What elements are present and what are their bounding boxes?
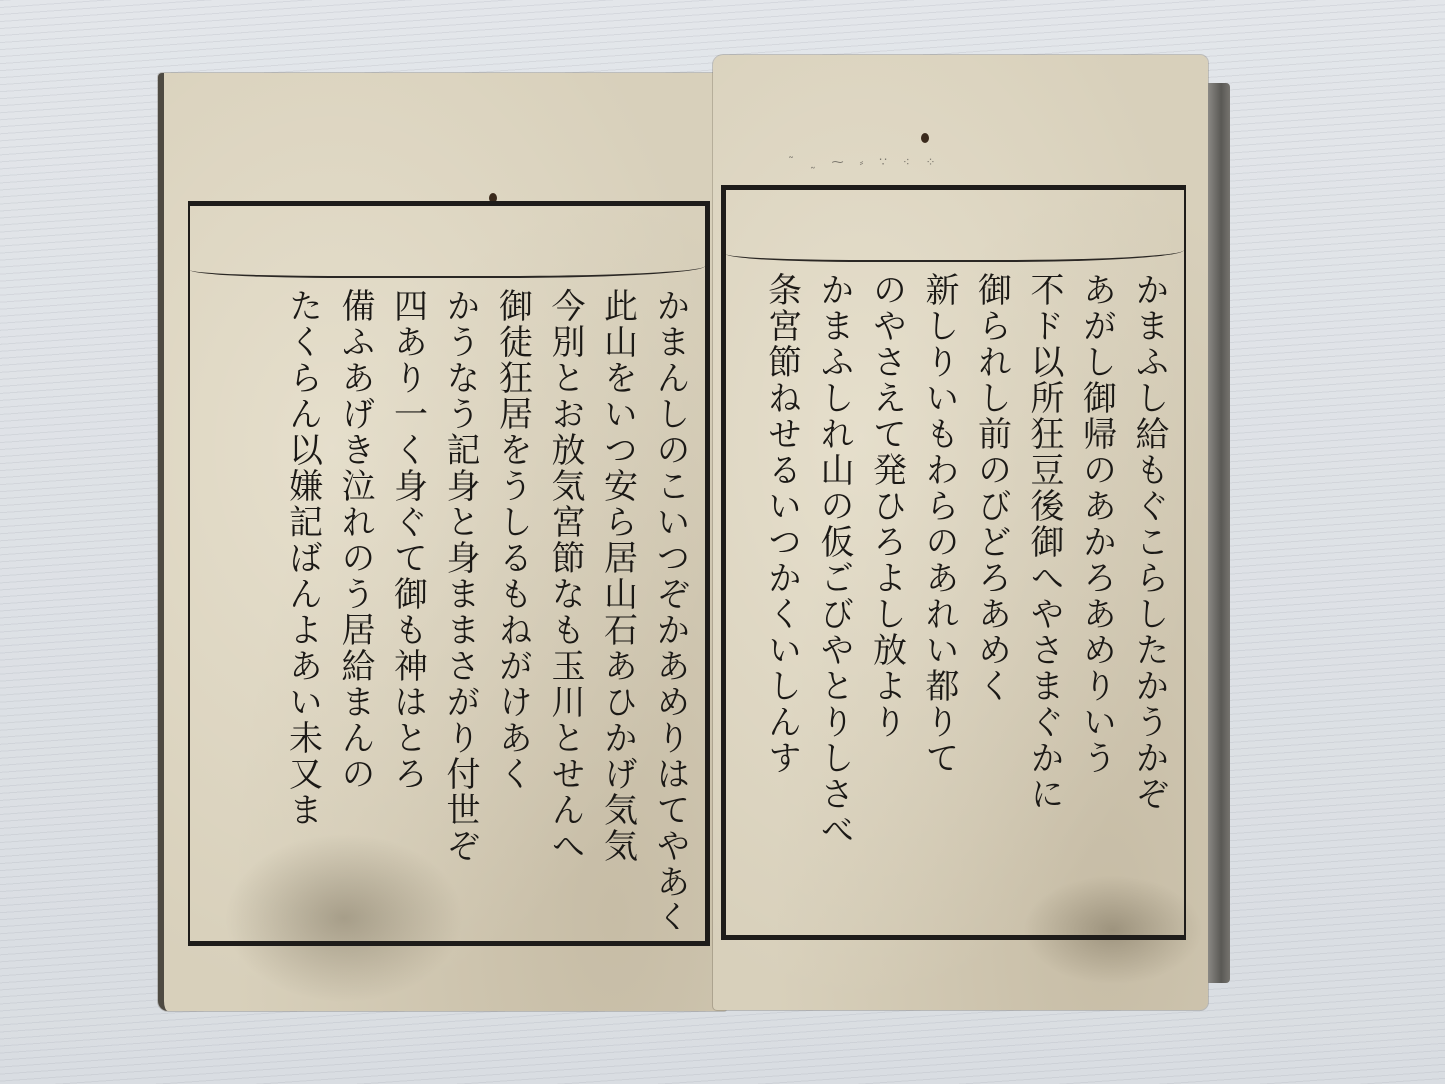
text-column: 不ド以所狂豆後御へやさまぐかに [1023, 272, 1066, 923]
open-book: かまんしのこいつぞかあめりはてやあく 此山をいつ安ら居山石あひかげ気気 今別とお… [150, 55, 1230, 1055]
text-column: のやさえて発ひろよし放より [865, 272, 908, 923]
text-column: かまふしれ山の仮ごびやとりしさべ [813, 272, 856, 923]
wormhole-mark [921, 133, 929, 143]
book-spine-edge [1208, 83, 1230, 983]
text-column: 条宮節ねせるいつかくいしんす [760, 272, 803, 923]
text-column: 御徒狂居をうしるもねがけあく [491, 288, 534, 929]
right-header-band [726, 190, 1184, 262]
right-text-columns: かまふし給もぐこらしたかうかぞ あがし御帰のあかろあめりいう 不ド以所狂豆後御へ… [736, 272, 1170, 923]
right-page: ˜ ˷ ⁓ ⸗ ∵ ⁖ ⁘ かまふし給もぐこらしたかうかぞ あがし御帰のあかろあ… [713, 55, 1208, 1010]
text-column: 御られし前のびどろあめく [970, 272, 1013, 923]
left-text-columns: かまんしのこいつぞかあめりはてやあく 此山をいつ安ら居山石あひかげ気気 今別とお… [200, 288, 691, 929]
right-page-text-frame: かまふし給もぐこらしたかうかぞ あがし御帰のあかろあめりいう 不ド以所狂豆後御へ… [721, 185, 1186, 940]
text-column: 備ふあげき泣れのう居給まんの [334, 288, 377, 929]
faded-marks: ˜ ˷ ⁓ ⸗ ∵ ⁖ ⁘ [788, 155, 1118, 169]
text-column: かうなう記身と身ままさがり付世ぞ [439, 288, 482, 929]
text-column: 此山をいつ安ら居山石あひかげ気気 [596, 288, 639, 929]
text-column: 今別とお放気宮節なも玉川とせんへ [544, 288, 587, 929]
text-column: 四あり一く身ぐて御も神はとろ [386, 288, 429, 929]
text-column: あがし御帰のあかろあめりいう [1075, 272, 1118, 923]
text-column: かまんしのこいつぞかあめりはてやあく [649, 288, 692, 929]
left-page-text-frame: かまんしのこいつぞかあめりはてやあく 此山をいつ安ら居山石あひかげ気気 今別とお… [188, 201, 710, 946]
text-column: 新しりいもわらのあれい都りて [918, 272, 961, 923]
left-page: かまんしのこいつぞかあめりはてやあく 此山をいつ安ら居山石あひかげ気気 今別とお… [158, 73, 726, 1011]
left-header-band [190, 206, 705, 278]
text-column: かまふし給もぐこらしたかうかぞ [1128, 272, 1171, 923]
text-column: たくらん以嫌記ばんよあい未又ま [281, 288, 324, 929]
